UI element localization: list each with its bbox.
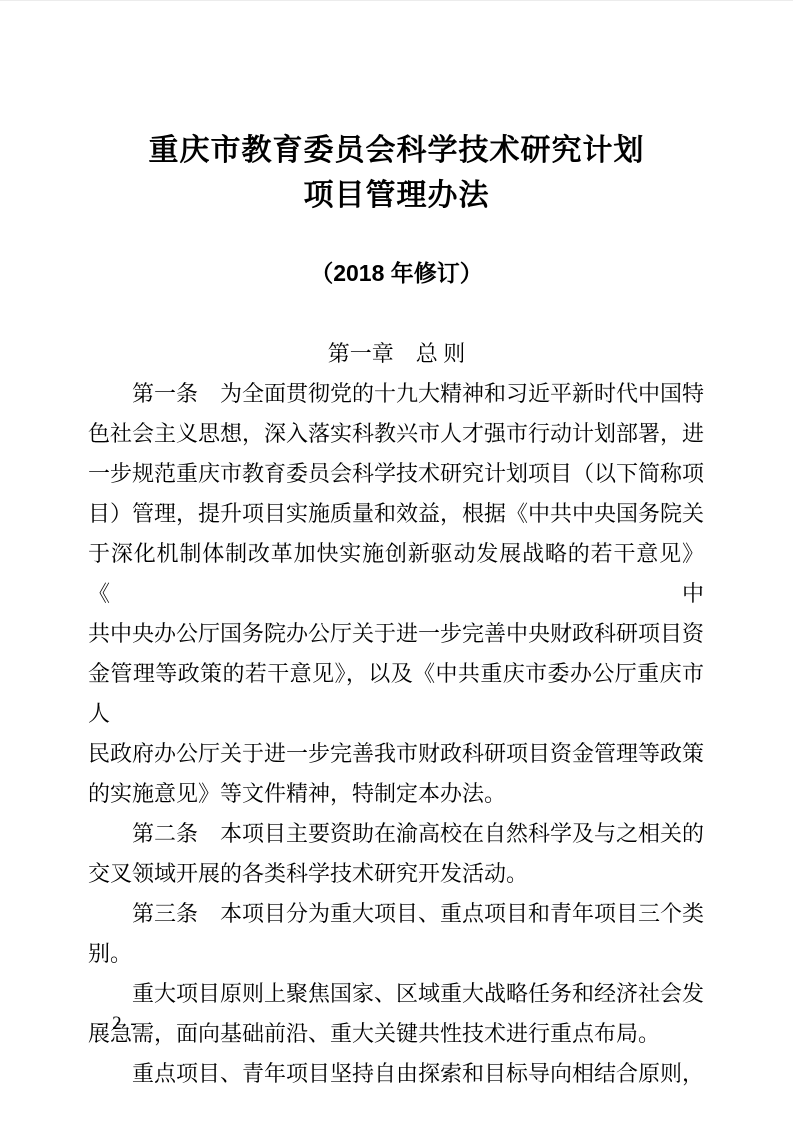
body-line: 重点项目、青年项目坚持自由探索和目标导向相结合原则， bbox=[88, 1054, 704, 1094]
body-line: 第三条 本项目分为重大项目、重点项目和青年项目三个类 bbox=[88, 894, 704, 934]
body-line: 民政府办公厅关于进一步完善我市财政科研项目资金管理等政策 bbox=[88, 734, 704, 774]
body-line: 目）管理，提升项目实施质量和效益，根据《中共中央国务院关 bbox=[88, 494, 704, 534]
body-line: 金管理等政策的若干意见》，以及《中共重庆市委办公厅重庆市人 bbox=[88, 654, 704, 734]
body-line: 于深化机制体制改革加快实施创新驱动发展战略的若干意见》《中 bbox=[88, 534, 704, 614]
body-line: 共中央办公厅国务院办公厅关于进一步完善中央财政科研项目资 bbox=[88, 614, 704, 654]
chapter-heading: 第一章 总 则 bbox=[0, 338, 793, 370]
document-title-line1: 重庆市教育委员会科学技术研究计划 bbox=[0, 128, 793, 173]
body-line: 第一条 为全面贯彻党的十九大精神和习近平新时代中国特 bbox=[88, 374, 704, 414]
document-page: 重庆市教育委员会科学技术研究计划 项目管理办法 （2018 年修订） 第一章 总… bbox=[0, 0, 793, 1123]
body-line: 交叉领域开展的各类科学技术研究开发活动。 bbox=[88, 854, 704, 894]
body-line: 第二条 本项目主要资助在渝高校在自然科学及与之相关的 bbox=[88, 814, 704, 854]
body-line: 重大项目原则上聚焦国家、区域重大战略任务和经济社会发 bbox=[88, 974, 704, 1014]
document-body: 第一条 为全面贯彻党的十九大精神和习近平新时代中国特色社会主义思想，深入落实科教… bbox=[88, 374, 704, 1094]
body-line: 一步规范重庆市教育委员会科学技术研究计划项目（以下简称项 bbox=[88, 454, 704, 494]
body-line: 的实施意见》等文件精神，特制定本办法。 bbox=[88, 774, 704, 814]
revision-note: （2018 年修订） bbox=[0, 257, 793, 289]
document-title: 重庆市教育委员会科学技术研究计划 项目管理办法 bbox=[0, 128, 793, 218]
body-line: 色社会主义思想，深入落实科教兴市人才强市行动计划部署，进 bbox=[88, 414, 704, 454]
body-line: 别。 bbox=[88, 934, 704, 974]
document-title-line2: 项目管理办法 bbox=[0, 173, 793, 218]
page-number: - 2 - bbox=[97, 1011, 139, 1037]
body-line: 展急需，面向基础前沿、重大关键共性技术进行重点布局。 bbox=[88, 1014, 704, 1054]
